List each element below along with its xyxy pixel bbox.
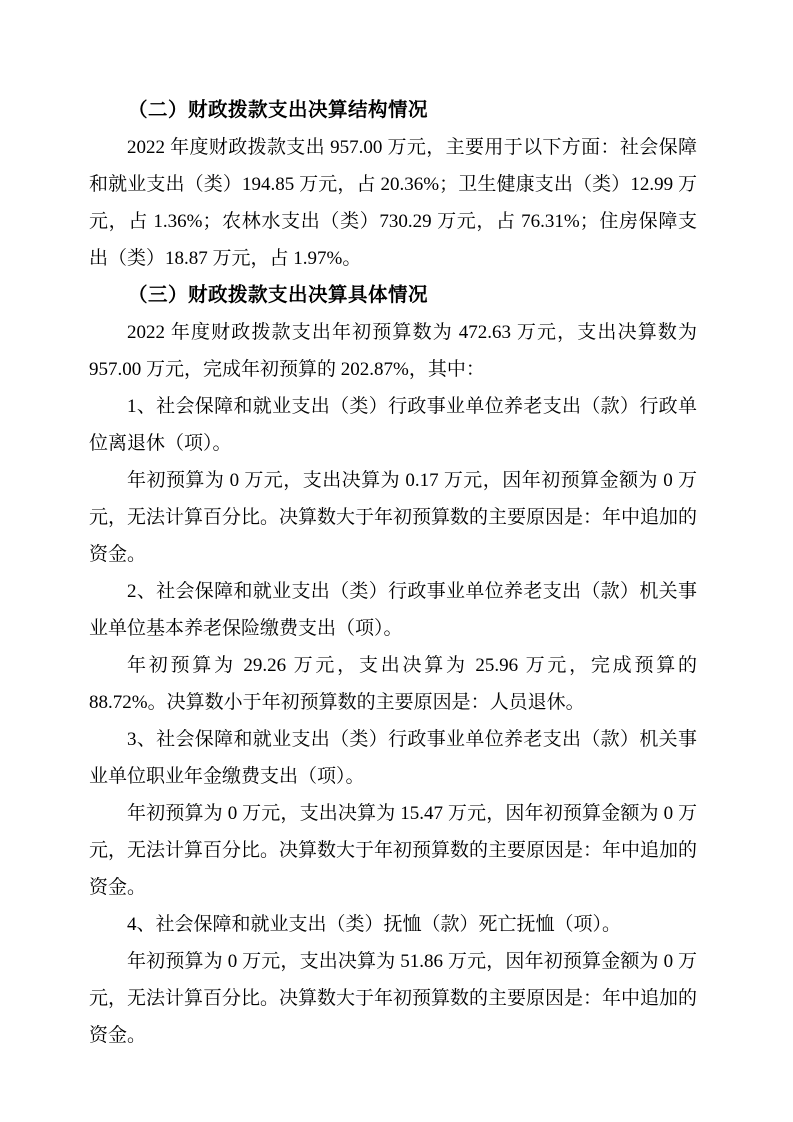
paragraph-item-3-title: 3、社会保障和就业支出（类）行政事业单位养老支出（款）机关事业单位职业年金缴费支… xyxy=(89,721,697,795)
paragraph-item-1-detail: 年初预算为 0 万元，支出决算为 0.17 万元，因年初预算金额为 0 万元，无… xyxy=(89,462,697,573)
heading-fiscal-expenditure-details: （三）财政拨款支出决算具体情况 xyxy=(89,277,697,314)
paragraph-item-1-title: 1、社会保障和就业支出（类）行政事业单位养老支出（款）行政单位离退休（项）。 xyxy=(89,388,697,462)
paragraph-budget-summary: 2022 年度财政拨款支出年初预算数为 472.63 万元，支出决算数为 957… xyxy=(89,314,697,388)
document-body: （二）财政拨款支出决算结构情况 2022 年度财政拨款支出 957.00 万元，… xyxy=(89,92,697,1054)
paragraph-item-4-detail: 年初预算为 0 万元，支出决算为 51.86 万元，因年初预算金额为 0 万元，… xyxy=(89,943,697,1054)
heading-fiscal-expenditure-structure: （二）财政拨款支出决算结构情况 xyxy=(89,92,697,129)
paragraph-item-2-detail: 年初预算为 29.26 万元，支出决算为 25.96 万元，完成预算的 88.7… xyxy=(89,647,697,721)
paragraph-item-4-title: 4、社会保障和就业支出（类）抚恤（款）死亡抚恤（项）。 xyxy=(89,906,697,943)
paragraph-item-2-title: 2、社会保障和就业支出（类）行政事业单位养老支出（款）机关事业单位基本养老保险缴… xyxy=(89,573,697,647)
paragraph-expenditure-structure: 2022 年度财政拨款支出 957.00 万元，主要用于以下方面：社会保障和就业… xyxy=(89,129,697,277)
document-page: （二）财政拨款支出决算结构情况 2022 年度财政拨款支出 957.00 万元，… xyxy=(0,0,793,1122)
paragraph-item-3-detail: 年初预算为 0 万元，支出决算为 15.47 万元，因年初预算金额为 0 万元，… xyxy=(89,795,697,906)
